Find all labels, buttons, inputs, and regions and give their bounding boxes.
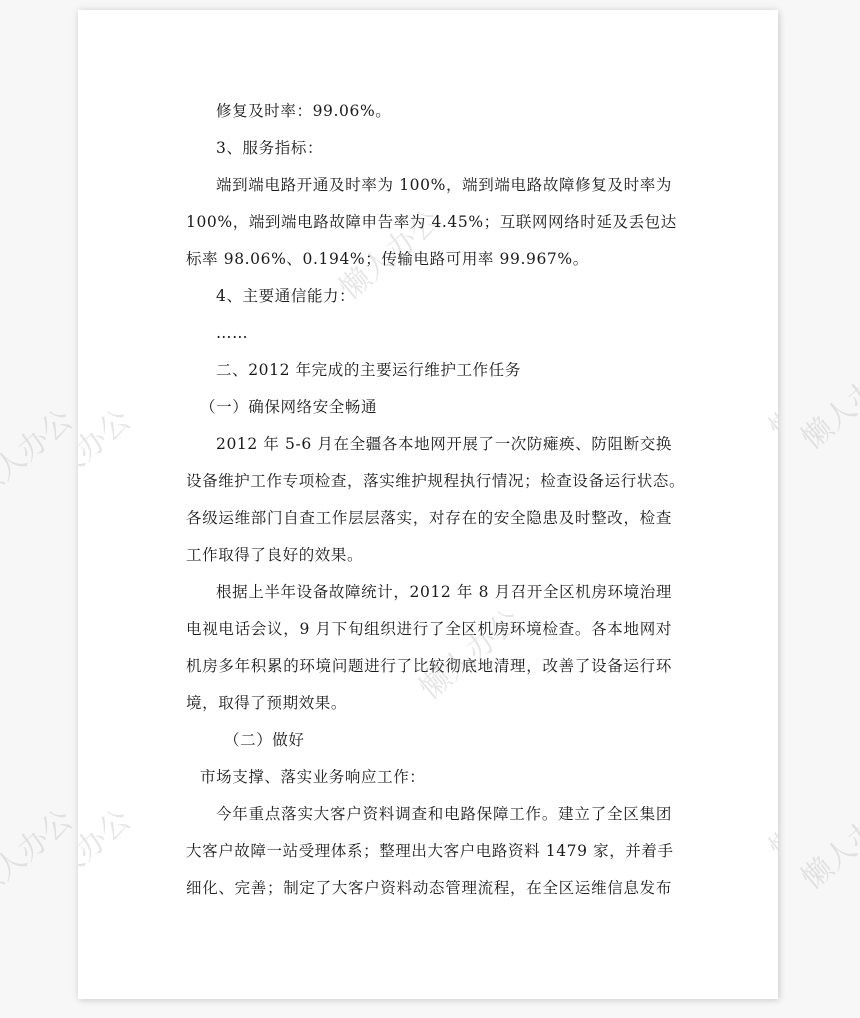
text-line: 2012 年 5-6 月在全疆各本地网开展了一次防瘫痪、防阻断交换: [216, 433, 672, 455]
text-line: 境，取得了预期效果。: [186, 692, 347, 714]
watermark: 懒人办公: [78, 397, 138, 508]
watermark-outside: 懒人办公: [790, 787, 860, 898]
text-line: 修复及时率：99.06%。: [216, 100, 391, 122]
text-line: 机房多年积累的环境问题进行了比较彻底地清理，改善了设备运行环: [186, 655, 672, 677]
text-line: 3、服务指标：: [216, 137, 323, 159]
text-line: 设备维护工作专项检查，落实维护规程执行情况；检查设备运行状态。: [186, 470, 672, 492]
watermark-outside: 懒人办公: [0, 797, 80, 908]
text-line: 100%，端到端电路故障申告率为 4.45%；互联网网络时延及丢包达: [186, 211, 672, 233]
text-line: 大客户故障一站受理体系；整理出大客户电路资料 1479 家，并着手: [186, 840, 672, 862]
watermark: 懒人办公: [758, 337, 778, 448]
text-line: ……: [216, 322, 248, 344]
watermark-outside: 懒人办公: [790, 347, 860, 458]
text-line: 工作取得了良好的效果。: [186, 544, 363, 566]
text-line: 端到端电路开通及时率为 100%，端到端电路故障修复及时率为: [216, 174, 672, 196]
text-line: 电视电话会议，9 月下旬组织进行了全区机房环境检查。各本地网对: [186, 618, 672, 640]
text-line: 今年重点落实大客户资料调查和电路保障工作。建立了全区集团: [216, 803, 672, 825]
watermark: 懒人办公: [408, 597, 528, 708]
text-line: 4、主要通信能力：: [216, 285, 355, 307]
text-line: 标率 98.06%、0.194%；传输电路可用率 99.967%。: [186, 248, 589, 270]
text-line: 市场支撑、落实业务响应工作：: [200, 766, 425, 788]
text-line: （一）确保网络安全畅通: [200, 396, 377, 418]
document-page: 懒人办公 懒人办公 懒人办公 懒人办公 懒人办公 懒人办公 修复及时率：99.0…: [78, 10, 778, 999]
watermark-outside: 懒人办公: [0, 397, 80, 508]
text-line: 各级运维部门自查工作层层落实，对存在的安全隐患及时整改，检查: [186, 507, 672, 529]
watermark: 懒人办公: [758, 757, 778, 868]
text-line: 二、2012 年完成的主要运行维护工作任务: [216, 359, 521, 381]
text-line: 根据上半年设备故障统计，2012 年 8 月召开全区机房环境治理: [216, 581, 672, 603]
watermark: 懒人办公: [78, 797, 138, 908]
text-line: 细化、完善；制定了大客户资料动态管理流程，在全区运维信息发布: [186, 877, 672, 899]
text-line: （二）做好: [224, 729, 305, 751]
